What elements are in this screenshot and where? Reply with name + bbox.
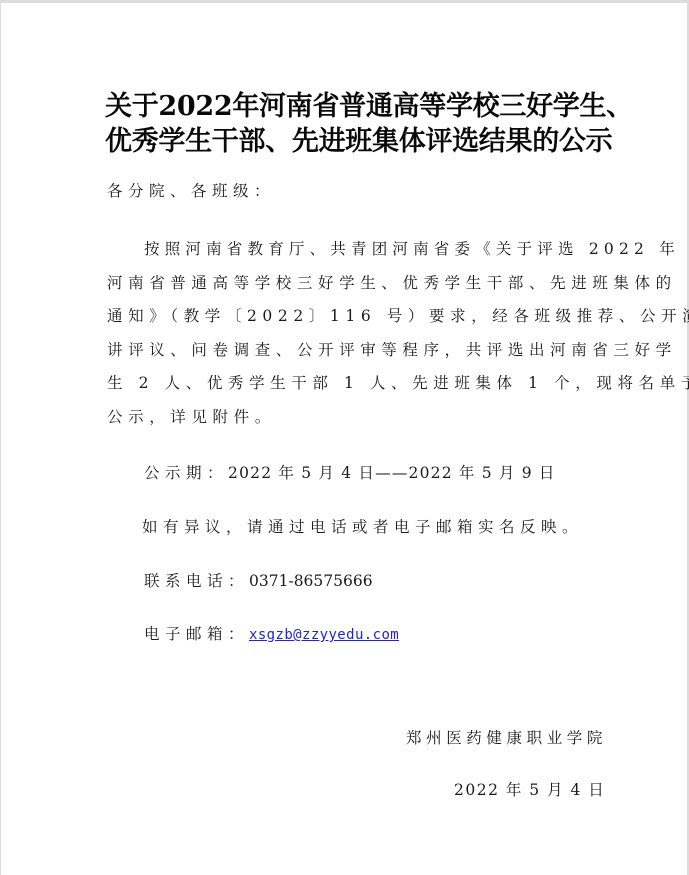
publicity-period: 公示期：2022 年 5 月 4 日——2022 年 5 月 9 日: [144, 463, 556, 483]
document-title: 关于2022年河南省普通高等学校三好学生、 优秀学生干部、先进班集体评选结果的公…: [105, 89, 605, 159]
salutation: 各分院、各班级：: [107, 181, 275, 201]
body-line: 讲评议、问卷调查、公开评审等程序，共评选出河南省三好学: [107, 334, 587, 368]
signature-date: 2022 年 5 月 4 日: [454, 780, 605, 800]
phone-label: 联系电话：: [144, 572, 249, 590]
body-line: 生 2 人、优秀学生干部 1 人、先进班集体 1 个，现将名单予以: [107, 367, 587, 401]
objection-note: 如有异议，请通过电话或者电子邮箱实名反映。: [142, 517, 583, 537]
document-page: 关于2022年河南省普通高等学校三好学生、 优秀学生干部、先进班集体评选结果的公…: [1, 3, 687, 875]
body-line: 通知》（教学〔2022〕116 号）要求，经各班级推荐、公开演: [107, 300, 587, 334]
signature-organization: 郑州医药健康职业学院: [406, 728, 607, 748]
body-line: 公示，详见附件。: [107, 401, 587, 435]
body-paragraph: 按照河南省教育厅、共青团河南省委《关于评选 2022 年 河南省普通高等学校三好…: [107, 233, 587, 435]
email-label: 电子邮箱：: [144, 625, 249, 643]
body-line: 河南省普通高等学校三好学生、优秀学生干部、先进班集体的: [107, 267, 587, 301]
title-line-2: 优秀学生干部、先进班集体评选结果的公示: [105, 124, 605, 159]
contact-phone: 联系电话：0371-86575666: [144, 571, 373, 591]
phone-number: 0371-86575666: [249, 572, 373, 590]
email-link[interactable]: xsgzb@zzyyedu.com: [249, 627, 399, 643]
title-line-1: 关于2022年河南省普通高等学校三好学生、: [105, 89, 605, 124]
publicity-period-label: 公示期：: [144, 464, 228, 482]
body-line: 按照河南省教育厅、共青团河南省委《关于评选 2022 年: [107, 233, 587, 267]
publicity-period-value: 2022 年 5 月 4 日——2022 年 5 月 9 日: [228, 464, 556, 482]
contact-email: 电子邮箱：xsgzb@zzyyedu.com: [144, 624, 399, 645]
